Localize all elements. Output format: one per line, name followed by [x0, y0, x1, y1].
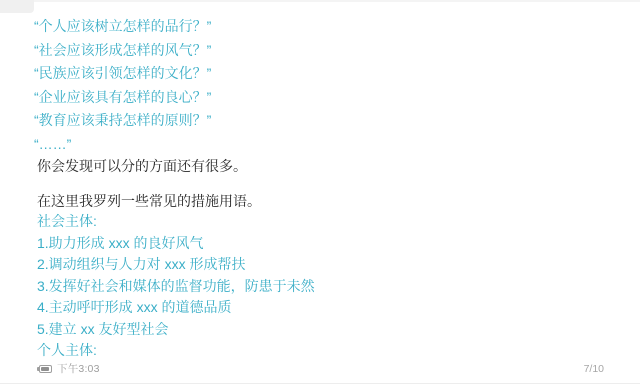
top-left-corner-artifact	[0, 0, 34, 13]
reader-page[interactable]: “个人应该树立怎样的品行？” “社会应该形成怎样的风气？” “民族应该引领怎样的…	[0, 0, 640, 384]
battery-shell	[39, 365, 52, 373]
measure-item-4: 4.主动呼吁形成 xxx 的道德品质	[37, 297, 620, 319]
quote-line-4: “企业应该具有怎样的良心？”	[34, 86, 620, 110]
measure-item-5: 5.建立 xx 友好型社会	[37, 319, 620, 341]
reading-content[interactable]: “个人应该树立怎样的品行？” “社会应该形成怎样的风气？” “民族应该引领怎样的…	[37, 15, 620, 362]
battery-fill	[41, 367, 49, 371]
paragraph-intro-measures: 在这里我罗列一些常见的措施用语。	[37, 191, 620, 211]
measure-item-1: 1.助力形成 xxx 的良好风气	[37, 233, 620, 255]
page-indicator: 7/10	[584, 363, 604, 375]
quote-line-2: “社会应该形成怎样的风气？”	[34, 39, 620, 63]
status-time: 下午3:03	[57, 361, 100, 376]
status-left: 下午3:03	[37, 361, 100, 376]
quote-line-5: “教育应该秉持怎样的原则？”	[34, 109, 620, 133]
heading-society-subject: 社会主体:	[37, 211, 620, 233]
quote-line-3: “民族应该引领怎样的文化？”	[34, 62, 620, 86]
battery-icon	[37, 365, 52, 373]
quote-line-1: “个人应该树立怎样的品行？”	[34, 15, 620, 39]
quote-line-ellipsis: “……”	[34, 133, 620, 157]
status-bar: 下午3:03 7/10	[37, 361, 604, 376]
measure-item-2: 2.调动组织与人力对 xxx 形成帮扶	[37, 254, 620, 276]
paragraph-more-aspects: 你会发现可以分的方面还有很多。	[37, 156, 620, 176]
heading-individual-subject: 个人主体:	[37, 340, 620, 362]
measure-item-3: 3.发挥好社会和媒体的监督功能，防患于未然	[37, 276, 620, 298]
status-right: 7/10	[584, 363, 604, 375]
top-edge-strip	[0, 0, 640, 2]
